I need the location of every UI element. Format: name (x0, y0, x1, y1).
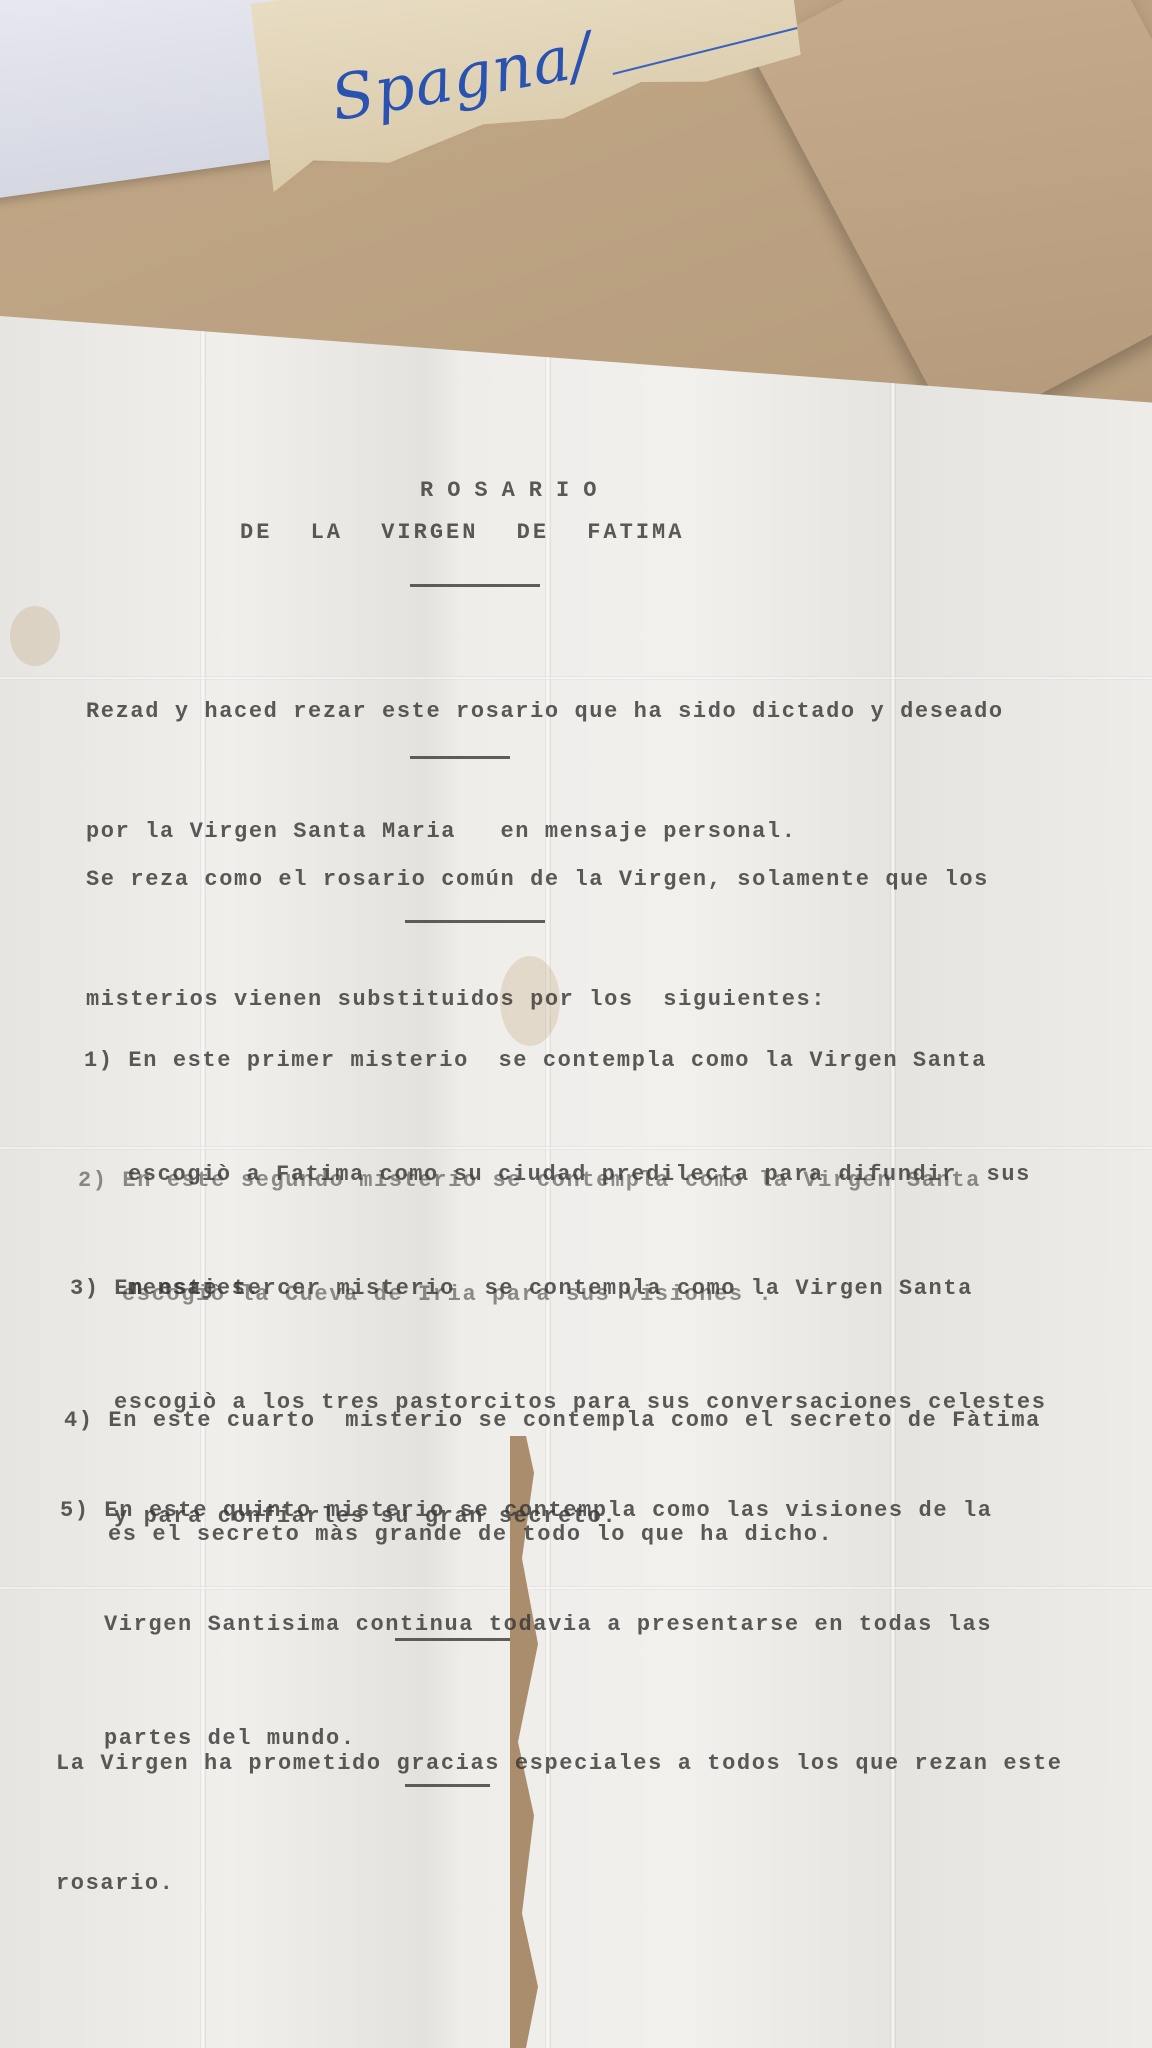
mystery-number: 5) (60, 1498, 90, 1523)
separator-rule (405, 920, 545, 923)
separator-rule (410, 756, 510, 759)
mystery-number: 1) (84, 1048, 114, 1073)
intro-line: Rezad y haced rezar este rosario que ha … (86, 692, 1004, 732)
instruction-line: Se reza como el rosario común de la Virg… (86, 860, 989, 900)
closing-paragraph: La Virgen ha prometido gracias especiale… (56, 1664, 1063, 1984)
separator-rule (405, 1784, 490, 1787)
closing-line: La Virgen ha prometido gracias especiale… (56, 1744, 1063, 1784)
stain (10, 606, 60, 666)
separator-rule (395, 1638, 510, 1641)
mystery-number: 2) (78, 1168, 108, 1193)
document-subtitle: DE LA VIRGEN DE FATIMA (240, 520, 684, 545)
mystery-number: 3) (70, 1276, 100, 1301)
document-title: ROSARIO (420, 478, 610, 503)
closing-line: rosario. (56, 1864, 1063, 1904)
typewritten-document: ROSARIO DE LA VIRGEN DE FATIMA Rezad y h… (0, 316, 1152, 2048)
separator-rule (410, 584, 540, 587)
